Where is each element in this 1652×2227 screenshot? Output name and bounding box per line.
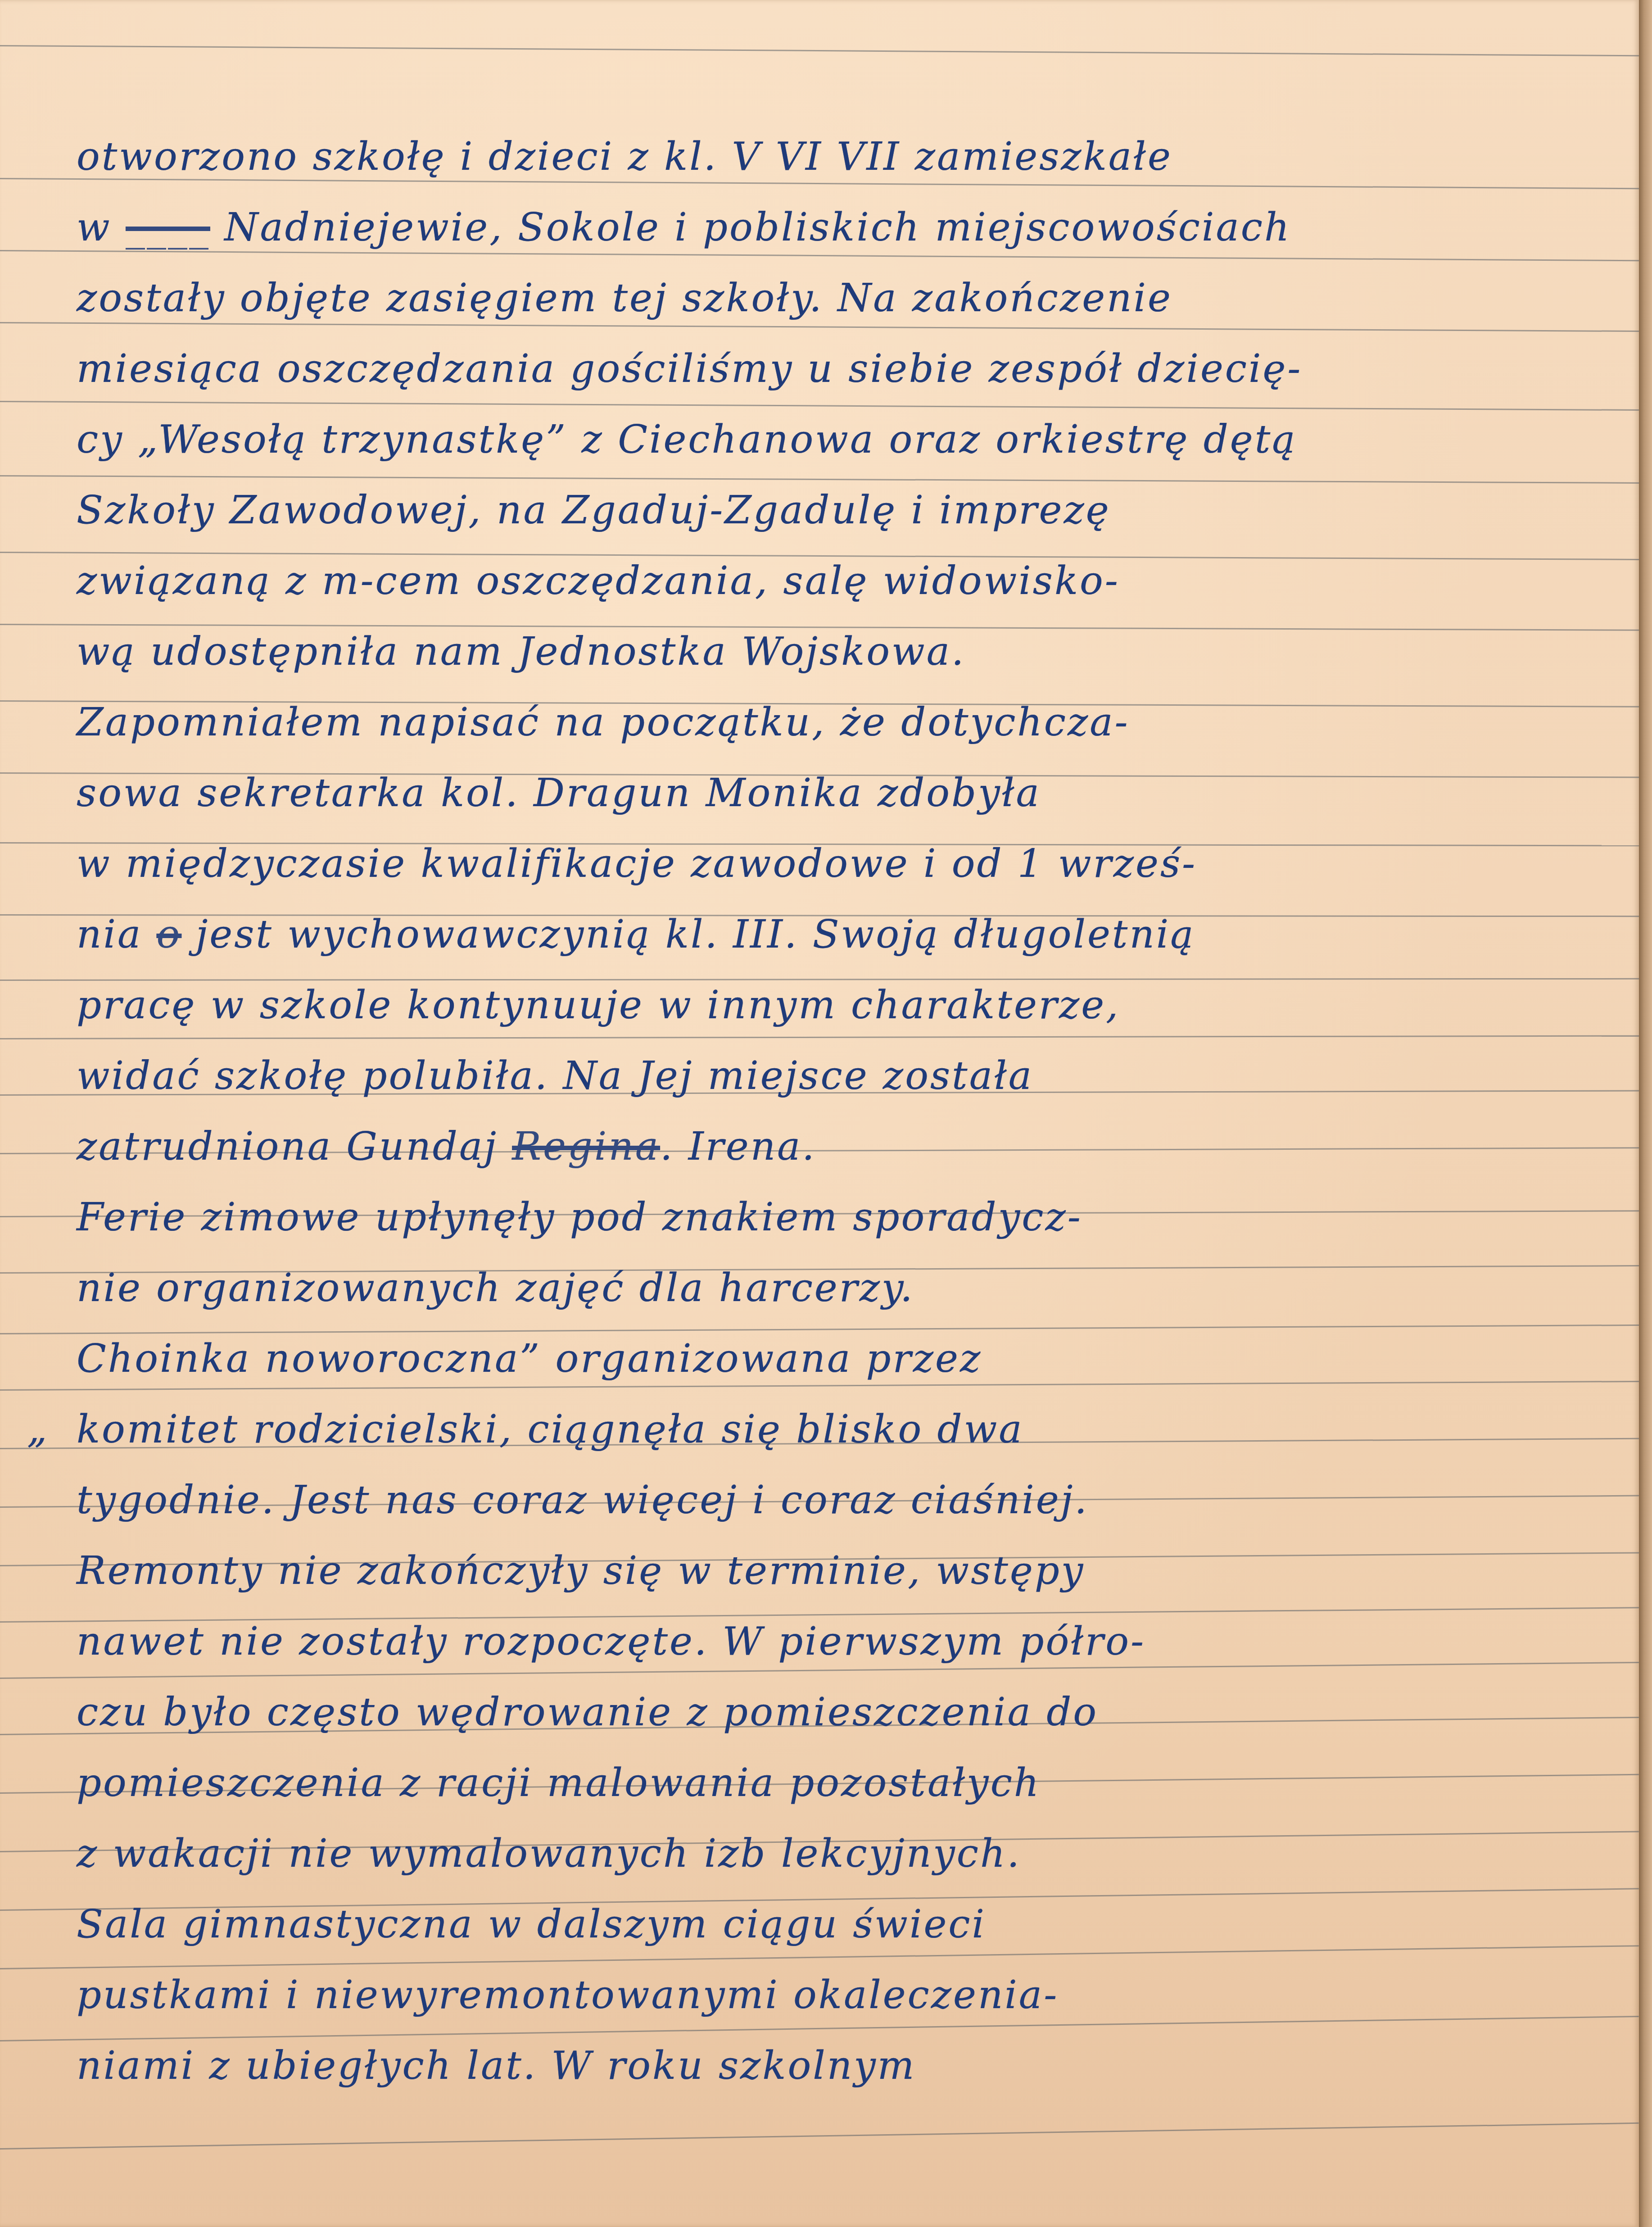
text-line: Ferie zimowe upłynęły pod znakiem sporad… [77, 1182, 1616, 1253]
struck-word: Regina [512, 1124, 660, 1169]
quote-mark: „ [27, 1394, 49, 1465]
rule-line [0, 2123, 1639, 2150]
text-line: pustkami i niewyremontowanymi okaleczeni… [77, 1960, 1616, 2031]
text-line: czu było często wędrowanie z pomieszczen… [77, 1677, 1616, 1748]
text-line: wą udostępniła nam Jednostka Wojskowa. [77, 617, 1616, 687]
text-line: sowa sekretarka kol. Dragun Monika zdoby… [77, 758, 1616, 829]
text-line: widać szkołę polubiła. Na Jej miejsce zo… [77, 1041, 1616, 1111]
text-line: w międzyczasie kwalifikacje zawodowe i o… [77, 829, 1616, 899]
text-line: nia o jest wychowawczynią kl. III. Swoją… [77, 899, 1616, 970]
text-line: związaną z m-cem oszczędzania, salę wido… [77, 546, 1616, 617]
text-line: tygodnie. Jest nas coraz więcej i coraz … [77, 1465, 1616, 1536]
text-line: Zapomniałem napisać na początku, że doty… [77, 687, 1616, 758]
notebook-page: otworzono szkołę i dzieci z kl. V VI VII… [0, 0, 1639, 2227]
text-line: Remonty nie zakończyły się w terminie, w… [77, 1536, 1616, 1606]
text-line: Choinka noworoczna” organizowana przez [77, 1324, 1616, 1394]
text-line: pomieszczenia z racji malowania pozostał… [77, 1748, 1616, 1819]
text-line: Sala gimnastyczna w dalszym ciągu świeci [77, 1889, 1616, 1960]
text-line: pracę w szkole kontynuuje w innym charak… [77, 970, 1616, 1041]
struck-word: ____ [126, 205, 210, 250]
text-line: „komitet rodzicielski, ciągnęła się blis… [77, 1394, 1616, 1465]
text-line: z wakacji nie wymalowanych izb lekcyjnyc… [77, 1819, 1616, 1889]
text-line: Szkoły Zawodowej, na Zgaduj-Zgadulę i im… [77, 475, 1616, 546]
rule-line [0, 45, 1639, 56]
text-line: zatrudniona Gundaj Regina. Irena. [77, 1111, 1616, 1182]
text-line: nie organizowanych zajęć dla harcerzy. [77, 1253, 1616, 1324]
text-line: niami z ubiegłych lat. W roku szkolnym [77, 2031, 1616, 2101]
text-line: w ____ Nadniejewie, Sokole i pobliskich … [77, 192, 1616, 263]
text-line: otworzono szkołę i dzieci z kl. V VI VII… [77, 122, 1616, 192]
page-edge [1639, 0, 1652, 2227]
text-line: nawet nie zostały rozpoczęte. W pierwszy… [77, 1606, 1616, 1677]
struck-word: o [157, 912, 182, 957]
text-line: cy „Wesołą trzynastkę” z Ciechanowa oraz… [77, 404, 1616, 475]
handwritten-text: otworzono szkołę i dzieci z kl. V VI VII… [77, 122, 1616, 2101]
text-line: miesiąca oszczędzania gościliśmy u siebi… [77, 334, 1616, 404]
text-line: zostały objęte zasięgiem tej szkoły. Na … [77, 263, 1616, 334]
